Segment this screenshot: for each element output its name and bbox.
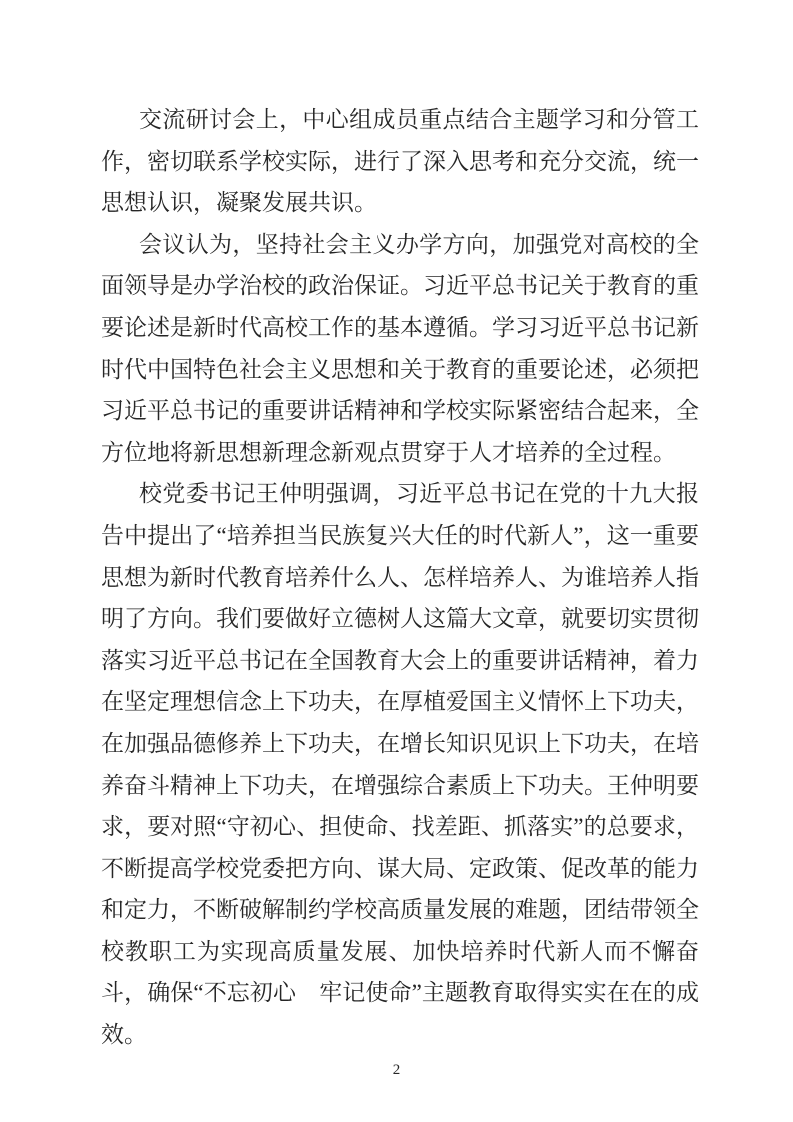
body-paragraph-1: 交流研讨会上，中心组成员重点结合主题学习和分管工作，密切联系学校实际，进行了深入… [101, 99, 699, 224]
document-body: 交流研讨会上，中心组成员重点结合主题学习和分管工作，密切联系学校实际，进行了深入… [101, 99, 699, 1056]
document-page: 交流研讨会上，中心组成员重点结合主题学习和分管工作，密切联系学校实际，进行了深入… [0, 0, 793, 1122]
body-paragraph-3: 校党委书记王仲明强调，习近平总书记在党的十九大报告中提出了“培养担当民族复兴大任… [101, 473, 699, 1055]
page-number: 2 [0, 1062, 793, 1079]
body-paragraph-2: 会议认为，坚持社会主义办学方向，加强党对高校的全面领导是办学治校的政治保证。习近… [101, 224, 699, 474]
